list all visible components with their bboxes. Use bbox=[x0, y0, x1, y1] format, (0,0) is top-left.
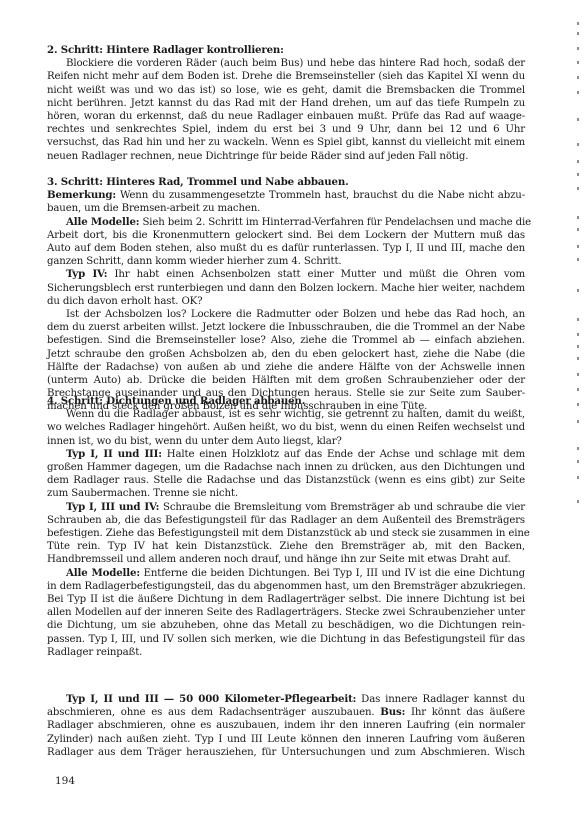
scan-artifact bbox=[577, 160, 579, 163]
text-line: Ist der Achsbolzen los? Lockere die Radm… bbox=[66, 308, 525, 321]
text-line: wo welches Radlager hingehört. Außen hei… bbox=[47, 421, 525, 434]
scan-artifact bbox=[577, 388, 579, 391]
text-line: ganzen Schritt, dann komm wieder hierher… bbox=[47, 255, 525, 268]
text-line: die Dichtung, um sie abzuheben, ohne das… bbox=[47, 619, 525, 632]
text-line: bauen, um die Bremsen-arbeit zu machen. bbox=[47, 202, 525, 215]
section-heading: 3. Schritt: Hinteres Rad, Trommel und Na… bbox=[47, 176, 525, 189]
text-line: befestigen. Ziehe das Befestigungsteil m… bbox=[47, 527, 525, 540]
scan-artifact bbox=[577, 173, 579, 176]
scan-artifact bbox=[577, 228, 579, 231]
text-line: Radlager aus dem Träger herausziehen, fü… bbox=[47, 746, 525, 759]
text-line: du dich davon erholt hast. OK? bbox=[47, 295, 525, 308]
text-line: Reifen nicht mehr auf dem Boden ist. Dre… bbox=[47, 70, 525, 83]
text-line: nicht weißt was und wo das ist) so lose,… bbox=[47, 84, 525, 97]
text-line: Alle Modelle: Sieh beim 2. Schritt im Hi… bbox=[66, 216, 525, 229]
scan-artifact bbox=[577, 216, 579, 219]
scan-artifact bbox=[577, 447, 579, 450]
scan-artifact bbox=[577, 245, 579, 248]
text-line: versuchst, das Rad hin und her zu wackel… bbox=[47, 136, 525, 149]
scan-artifact bbox=[577, 476, 579, 479]
text-line: dem du zuerst arbeiten willst. Jetzt loc… bbox=[47, 321, 525, 334]
text-line: Jetzt schraube den großen Achsbolzen ab,… bbox=[47, 348, 525, 361]
text-line: (unterm Auto) ab. Drücke die beiden Hälf… bbox=[47, 374, 525, 387]
text-line: dem Radlager raus. Stelle die Radachse u… bbox=[47, 474, 525, 487]
scan-artifact bbox=[577, 143, 579, 146]
text-line: Alle Modelle: Entferne die beiden Dichtu… bbox=[66, 567, 525, 580]
scan-artifact bbox=[577, 460, 579, 463]
text-line: Sicherungsblech erst runterbiegen und da… bbox=[47, 282, 525, 295]
text-line: Radlager abschmieren, ohne es auszubauen… bbox=[47, 719, 525, 732]
scan-artifact bbox=[577, 22, 579, 25]
text-line: Typ I, II und III — 50 000 Kilometer-Pfl… bbox=[66, 693, 525, 706]
scan-artifact bbox=[577, 357, 579, 360]
text-line: abschmieren, ohne es aus dem Radachsentr… bbox=[47, 706, 525, 719]
text-line: Wenn du die Radlager abbaust, ist es seh… bbox=[66, 408, 525, 421]
text-line: Typ I, III und IV: Schraube die Bremslei… bbox=[66, 501, 525, 514]
text-line: in dem Radlagerbefestigungsteil, das du … bbox=[47, 580, 525, 593]
scan-artifact bbox=[577, 318, 579, 321]
scanned-book-page: 2. Schritt: Hintere Radlager kontrollier… bbox=[0, 0, 585, 831]
text-line: Arbeit dort, bis die Kronenmuttern geloc… bbox=[47, 229, 525, 242]
scan-artifact bbox=[577, 403, 579, 406]
scan-artifact bbox=[577, 289, 579, 292]
text-line: passen. Typ I, III, und IV sollen sich m… bbox=[47, 633, 525, 646]
scan-artifact bbox=[577, 333, 579, 336]
text-line: hören, woran du erkennst, daß du neue Ra… bbox=[47, 110, 525, 123]
text-line: Blockiere die vorderen Räder (auch beim … bbox=[66, 57, 525, 70]
text-line: Bei Typ II ist die äußere Dichtung in de… bbox=[47, 593, 525, 606]
scan-artifact bbox=[577, 32, 579, 35]
page-number: 194 bbox=[55, 775, 75, 787]
scan-artifact bbox=[577, 420, 579, 423]
text-line: Typ IV: Ihr habt einen Achsenbolzen stat… bbox=[66, 268, 525, 281]
text-line: großen Hammer dagegen, um die Radachse n… bbox=[47, 461, 525, 474]
text-line: befestigen. Sind die Bremseinsteller los… bbox=[47, 334, 525, 347]
scan-artifact bbox=[577, 47, 579, 50]
scan-artifact bbox=[577, 258, 579, 261]
scan-artifact bbox=[577, 118, 579, 121]
scan-artifact bbox=[577, 91, 579, 94]
section-heading: 2. Schritt: Hintere Radlager kontrollier… bbox=[47, 44, 525, 57]
scan-artifact bbox=[577, 187, 579, 190]
text-line: Handbremsseil und allem anderen noch dra… bbox=[47, 553, 525, 566]
text-line: nicht berühren. Jetzt kannst du das Rad … bbox=[47, 97, 525, 110]
scan-artifact bbox=[577, 373, 579, 376]
text-line: allen Modellen auf der inneren Seite des… bbox=[47, 606, 525, 619]
section-heading: 4. Schritt: Dichtungen und Radlager abba… bbox=[47, 395, 525, 408]
scan-artifact bbox=[577, 500, 579, 503]
text-line: Radlager reinpaßt. bbox=[47, 646, 525, 659]
text-line: Schrauben ab, die das Befestigungsteil f… bbox=[47, 514, 525, 527]
text-line: Tüte rein. Typ IV hat kein Distanzstück.… bbox=[47, 540, 525, 553]
text-line: Auto auf dem Boden stehen, also mußt du … bbox=[47, 242, 525, 255]
text-line: Typ I, II und III: Halte einen Holzklotz… bbox=[66, 448, 525, 461]
text-line: neuen Radlager rechnen, neue Dichtringe … bbox=[47, 150, 525, 163]
scan-artifact bbox=[577, 345, 579, 348]
text-line: Bemerkung: Wenn du zusammengesetzte Trom… bbox=[47, 189, 525, 202]
scan-artifact bbox=[577, 61, 579, 64]
text-line: Hälfte der Radachse) von außen ab und zi… bbox=[47, 361, 525, 374]
text-line: Zylinder) nach außen zieht. Typ I und II… bbox=[47, 733, 525, 746]
scan-artifact bbox=[577, 76, 579, 79]
text-line: innen ist, wo du bist, wenn du unter dem… bbox=[47, 435, 525, 448]
text-line: rechtes und senkrechtes Spiel, indem du … bbox=[47, 123, 525, 136]
text-line: zum Saubermachen. Trenne sie nicht. bbox=[47, 487, 525, 500]
